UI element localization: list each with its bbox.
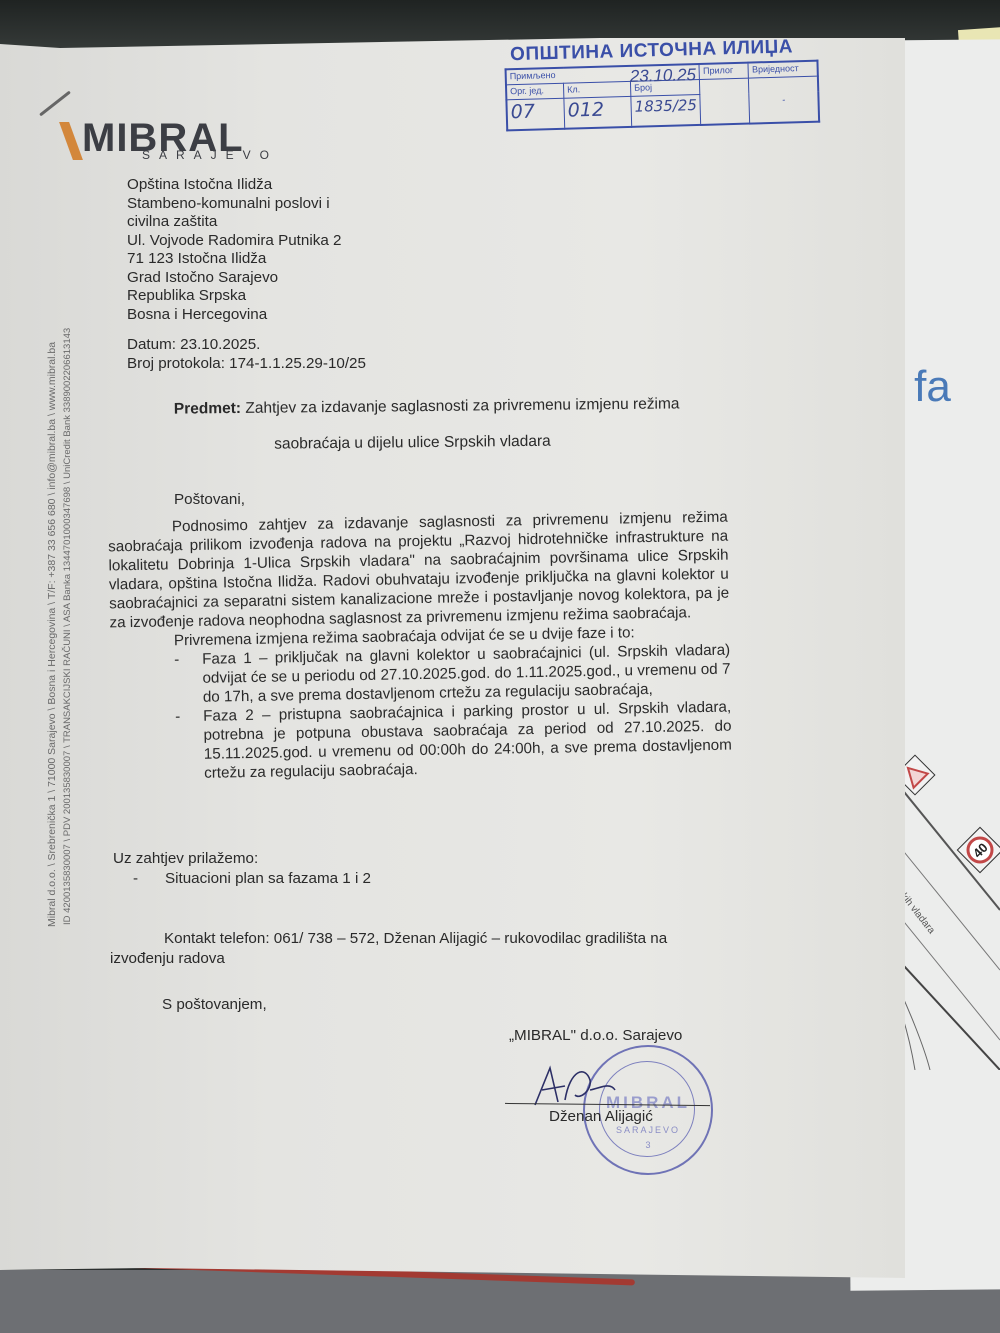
address-line: civilna zaštita: [127, 213, 341, 232]
address-line: Grad Istočno Sarajevo: [127, 269, 341, 288]
letter-date: Datum: 23.10.2025.: [127, 335, 366, 354]
registry-stamp-date: 23.10.25: [630, 65, 697, 87]
letterhead-footer-bank: ID 4200135830007 \ PDV 200135830007 \ TR…: [62, 328, 73, 925]
recipient-address: Opština Istočna Ilidža Stambeno-komunaln…: [127, 176, 341, 324]
attachments-label: Uz zahtjev prilažemo:: [113, 849, 371, 869]
stamp-header: Прилог: [699, 63, 748, 80]
subject-label: Predmet:: [174, 400, 241, 418]
pen-mark: [39, 91, 71, 117]
phases-list: Faza 1 – priključak na glavni kolektor u…: [110, 641, 732, 785]
stamp-header: Орг. јед.: [506, 83, 564, 100]
signer-name: Dženan Alijagić: [549, 1108, 653, 1125]
attachments: Uz zahtjev prilažemo: -Situacioni plan s…: [113, 849, 371, 889]
address-line: Stambeno-komunalni poslovi i: [127, 195, 341, 214]
subject: Predmet: Zahtjev za izdavanje saglasnost…: [174, 386, 680, 463]
seal-number: 3: [585, 1140, 711, 1150]
stamp-cell: 1835/25: [631, 94, 701, 126]
stamp-cell: -: [749, 76, 820, 123]
stamp-cell: 012: [564, 96, 632, 128]
subject-line-2: saobraćaja u dijelu ulice Srpskih vladar…: [174, 422, 680, 463]
address-line: Bosna i Hercegovina: [127, 306, 341, 325]
stamp-cell: [700, 78, 750, 124]
address-line: 71 123 Istočna Ilidža: [127, 250, 341, 269]
seal-city: SARAJEVO: [585, 1125, 711, 1135]
phase-item: Faza 1 – priključak na glavni kolektor u…: [174, 641, 731, 708]
address-line: Ul. Vojvode Radomira Putnika 2: [127, 232, 341, 251]
registry-stamp: ОПШТИНА ИСТОЧНА ИЛИЏА 23.10.25 Примљено …: [504, 36, 821, 131]
letterhead-footer-contact: Mibral d.o.o. \ Srebrenička 1 \ 71000 Sa…: [46, 342, 58, 927]
address-line: Opština Istočna Ilidža: [127, 176, 341, 195]
contact-line-1: Kontakt telefon: 061/ 738 – 572, Dženan …: [110, 929, 750, 949]
phase-item: Faza 2 – pristupna saobraćajnica i parki…: [175, 698, 732, 784]
letter-body: Podnosimo zahtjev za izdavanje saglasnos…: [108, 508, 733, 785]
body-paragraph: Podnosimo zahtjev za izdavanje saglasnos…: [108, 508, 730, 633]
address-line: Republika Srpska: [127, 287, 341, 306]
contact-line-2: izvođenju radova: [110, 949, 750, 969]
contact-info: Kontakt telefon: 061/ 738 – 572, Dženan …: [110, 929, 750, 969]
stamp-cell: 07: [506, 98, 564, 130]
subject-line-1: Zahtjev za izdavanje saglasnosti za priv…: [245, 395, 679, 417]
closing-company: „MIBRAL" d.o.o. Sarajevo: [509, 1027, 682, 1044]
protocol-number: Broj protokola: 174-1.1.25.29-10/25: [127, 354, 366, 373]
greeting: Poštovani,: [174, 491, 245, 508]
attachment-item: Situacioni plan sa fazama 1 i 2: [165, 870, 371, 887]
closing-regards: S poštovanjem,: [162, 996, 267, 1013]
logo-city: SARAJEVO: [142, 148, 278, 162]
letter-meta: Datum: 23.10.2025. Broj protokola: 174-1…: [127, 335, 366, 373]
